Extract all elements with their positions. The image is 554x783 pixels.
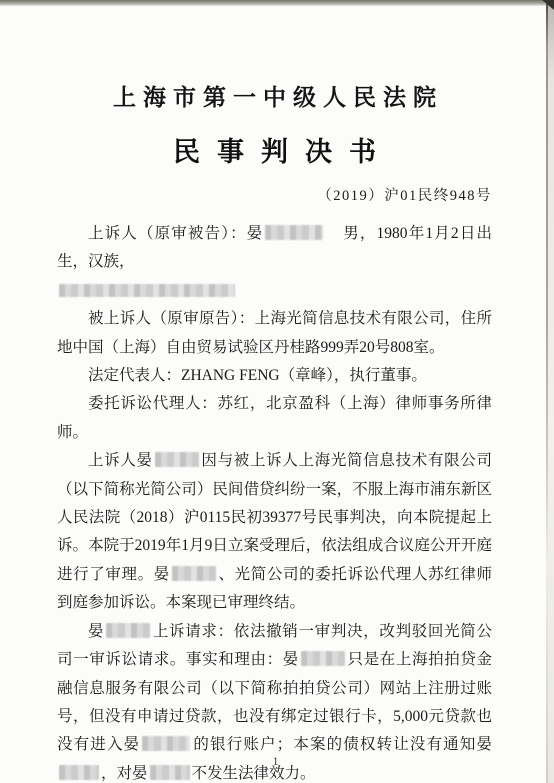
paragraph-appellee: 被上诉人（原审原告）：上海光简信息技术有限公司，住所地中国（上海）自由贸易试验区… [57,305,492,362]
case-number: （2019）沪01民终948号 [57,184,492,204]
redacted-text [59,284,235,297]
paragraph-appellant: 上诉人（原审被告）：晏 男，1980年1月2日出生，汉族， [57,220,492,305]
page-number: 1 [57,754,494,769]
scanned-judgment-page: 上海市第一中级人民法院 民事判决书 （2019）沪01民终948号 上诉人（原审… [0,0,554,783]
redacted-text [106,623,150,638]
paragraph-case-background: 上诉人晏因与被上诉人上海光简信息技术有限公司（以下简称光简公司）民间借贷纠纷一案… [57,447,492,617]
redacted-text [142,736,190,751]
document-body: 上诉人（原审被告）：晏 男，1980年1月2日出生，汉族，被上诉人（原审原告）：… [57,220,492,783]
redacted-text [301,651,345,666]
paragraph-litigation-agent: 委托诉讼代理人：苏红，北京盈科（上海）律师事务所律师。 [57,390,492,447]
document-content: 上海市第一中级人民法院 民事判决书 （2019）沪01民终948号 上诉人（原审… [0,0,554,783]
document-title: 民事判决书 [57,134,492,170]
redacted-text [155,452,199,467]
redacted-text [172,566,216,581]
paragraph-legal-representative: 法定代表人：ZHANG FENG（章峰），执行董事。 [57,362,492,390]
court-name: 上海市第一中级人民法院 [57,82,492,114]
redacted-text [265,225,323,240]
